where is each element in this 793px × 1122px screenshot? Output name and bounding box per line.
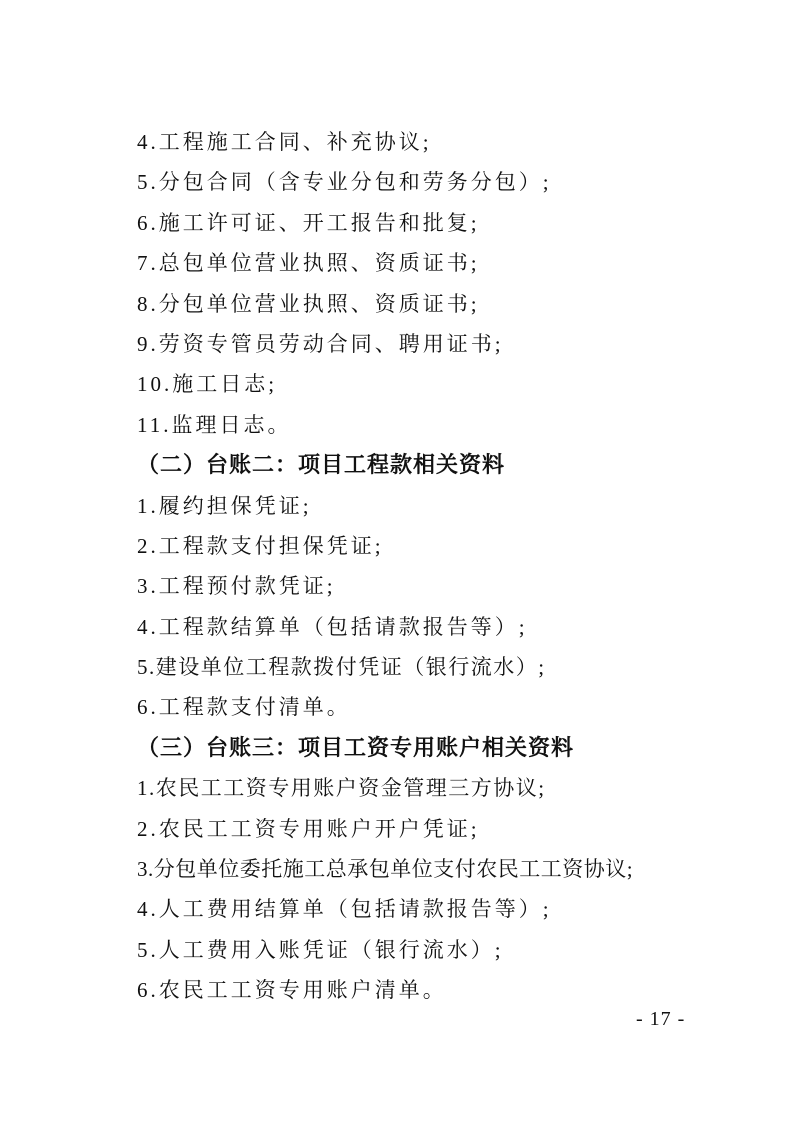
list-item: 10.施工日志;	[137, 364, 753, 404]
list-item: 3.分包单位委托施工总承包单位支付农民工工资协议;	[137, 849, 753, 889]
list-item: 4.工程施工合同、补充协议;	[137, 122, 753, 162]
list-item: 11.监理日志。	[137, 405, 753, 445]
list-item: 7.总包单位营业执照、资质证书;	[137, 243, 753, 283]
list-item: 3.工程预付款凭证;	[137, 566, 753, 606]
list-item: 8.分包单位营业执照、资质证书;	[137, 284, 753, 324]
list-item: 6.工程款支付清单。	[137, 687, 753, 727]
list-item: 2.工程款支付担保凭证;	[137, 526, 753, 566]
list-item: 4.工程款结算单（包括请款报告等）;	[137, 607, 753, 647]
list-item: 5.建设单位工程款拨付凭证（银行流水）;	[137, 647, 753, 687]
list-item: 1.履约担保凭证;	[137, 486, 753, 526]
list-item: 6.农民工工资专用账户清单。	[137, 970, 753, 1010]
list-item: 5.人工费用入账凭证（银行流水）;	[137, 930, 753, 970]
list-item: 4.人工费用结算单（包括请款报告等）;	[137, 889, 753, 929]
section-heading-ledger-3: （三）台账三：项目工资专用账户相关资料	[137, 728, 753, 768]
list-item: 2.农民工工资专用账户开户凭证;	[137, 809, 753, 849]
page-number: - 17 -	[636, 1008, 685, 1031]
document-body: 4.工程施工合同、补充协议; 5.分包合同（含专业分包和劳务分包）; 6.施工许…	[137, 122, 753, 1011]
document-page: 4.工程施工合同、补充协议; 5.分包合同（含专业分包和劳务分包）; 6.施工许…	[0, 0, 793, 1122]
list-item: 6.施工许可证、开工报告和批复;	[137, 203, 753, 243]
list-item: 1.农民工工资专用账户资金管理三方协议;	[137, 768, 753, 808]
list-item: 5.分包合同（含专业分包和劳务分包）;	[137, 162, 753, 202]
list-item: 9.劳资专管员劳动合同、聘用证书;	[137, 324, 753, 364]
section-heading-ledger-2: （二）台账二：项目工程款相关资料	[137, 445, 753, 485]
